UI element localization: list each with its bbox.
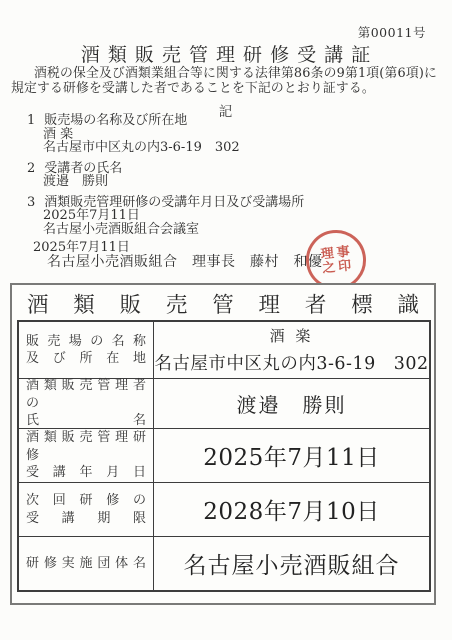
trainee-name: 渡邉 勝則 (43, 175, 304, 189)
shop-name: 酒 楽 (270, 325, 314, 346)
item-trainee-name: 2 受講者の氏名 渡邉 勝則 (27, 162, 304, 189)
item-values: 渡邉 勝則 (27, 175, 304, 189)
item-values: 2025年7月11日 名古屋小売酒販組合会議室 (27, 209, 304, 236)
issuer-signature-line: 名古屋小売酒販組合 理事長 藤村 和優 (47, 251, 323, 271)
label-line: 酒 類 販 売 管 理 者 の (26, 377, 146, 412)
label-line: 及 び 所 在 地 (26, 350, 146, 368)
seal-text: 理 事 之 印 (320, 245, 352, 275)
label-next-training-deadline: 次 回 研 修 の 受 講 期 限 (19, 483, 154, 537)
certificate-items: 1 販売場の名称及び所在地 酒 楽 名古屋市中区丸の内3-6-19 302 2 … (27, 114, 304, 243)
item-number: 2 (27, 162, 35, 176)
item-heading: 3 酒類販売管理研修の受講年月日及び受講場所 (27, 196, 304, 210)
training-date: 2025年7月11日 (43, 209, 304, 223)
shop-address: 名古屋市中区丸の内3-6-19 302 (43, 141, 304, 155)
item-values: 酒 楽 名古屋市中区丸の内3-6-19 302 (27, 128, 304, 155)
label-line: 受 講 年 月 日 (26, 464, 146, 482)
label-training-date: 酒 類 販 売 管 理 研 修 受 講 年 月 日 (19, 429, 154, 483)
seal-char: 理 (320, 247, 334, 261)
item-heading: 2 受講者の氏名 (27, 162, 304, 176)
label-line: 氏 名 (26, 412, 146, 430)
organization-name: 名古屋小売酒販組合 (184, 547, 400, 580)
manager-name: 渡邉 勝則 (237, 389, 347, 418)
item-label: 受講者の氏名 (44, 162, 122, 176)
body-line: 規定する研修を受講した者であることを下記のとおり証する。 (11, 81, 447, 96)
document-number: 第00011号 (358, 23, 426, 41)
certificate-body: 酒税の保全及び酒類業組合等に関する法律第86条の9第1項(第6項)に 規定する研… (11, 66, 447, 96)
item-label: 販売場の名称及び所在地 (44, 114, 187, 128)
item-number: 3 (27, 196, 35, 210)
seal-char: 印 (338, 259, 352, 273)
item-heading: 1 販売場の名称及び所在地 (27, 114, 304, 128)
training-place: 名古屋小売酒販組合会議室 (43, 223, 304, 237)
next-deadline-date: 2028年7月10日 (203, 493, 379, 526)
item-number: 1 (27, 114, 35, 128)
shop-address: 名古屋市中区丸の内3-6-19 302 (154, 350, 428, 375)
manager-sign-board: 酒 類 販 売 管 理 者 標 識 販 売 場 の 名 称 及 び 所 在 地 … (10, 283, 436, 605)
value-manager-name: 渡邉 勝則 (154, 379, 429, 429)
label-line: 研 修 実 施 団 体 名 (26, 555, 146, 573)
label-line: 酒 類 販 売 管 理 研 修 (26, 429, 146, 464)
value-next-training-deadline: 2028年7月10日 (154, 483, 429, 537)
item-label: 酒類販売管理研修の受講年月日及び受講場所 (44, 196, 304, 210)
label-line: 受 講 期 限 (26, 510, 146, 528)
scanned-certificate-page: 第00011号 酒 類 販 売 管 理 研 修 受 講 証 酒税の保全及び酒類業… (0, 0, 452, 640)
sign-board-title: 酒 類 販 売 管 理 者 標 識 (12, 288, 434, 319)
value-training-date: 2025年7月11日 (154, 429, 429, 483)
label-training-organization: 研 修 実 施 団 体 名 (19, 537, 154, 590)
value-training-organization: 名古屋小売酒販組合 (154, 537, 429, 590)
seal-char: 事 (336, 245, 350, 259)
body-line: 酒税の保全及び酒類業組合等に関する法律第86条の9第1項(第6項)に (11, 66, 447, 81)
certificate-title: 酒 類 販 売 管 理 研 修 受 講 証 (0, 40, 452, 67)
training-date: 2025年7月11日 (203, 439, 379, 472)
value-premises: 酒 楽 名古屋市中区丸の内3-6-19 302 (154, 322, 429, 379)
item-training-date-place: 3 酒類販売管理研修の受講年月日及び受講場所 2025年7月11日 名古屋小売酒… (27, 196, 304, 237)
seal-char: 之 (322, 261, 336, 275)
shop-name: 酒 楽 (43, 128, 304, 142)
item-sales-premises: 1 販売場の名称及び所在地 酒 楽 名古屋市中区丸の内3-6-19 302 (27, 114, 304, 155)
label-manager-name: 酒 類 販 売 管 理 者 の 氏 名 (19, 379, 154, 429)
sign-board-table: 販 売 場 の 名 称 及 び 所 在 地 酒 楽 名古屋市中区丸の内3-6-1… (17, 320, 431, 592)
label-premises: 販 売 場 の 名 称 及 び 所 在 地 (19, 322, 154, 379)
label-line: 販 売 場 の 名 称 (26, 333, 146, 351)
label-line: 次 回 研 修 の (26, 492, 146, 510)
